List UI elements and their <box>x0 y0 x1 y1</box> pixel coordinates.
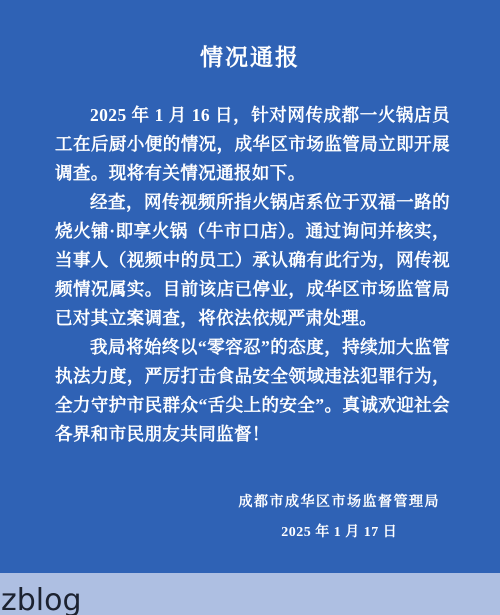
signature-block: 成都市成华区市场监督管理局 2025 年 1 月 17 日 <box>239 492 441 544</box>
notice-paragraph-3: 我局将始终以“零容忍”的态度，持续加大监管执法力度，严厉打击食品安全领域违法犯罪… <box>55 333 450 449</box>
watermark-bar: zblog <box>0 573 500 615</box>
notice-paragraph-2: 经查，网传视频所指火锅店系位于双福一路的烧火铺·即享火锅（牛市口店）。通过询问并… <box>55 188 450 333</box>
notice-title: 情况通报 <box>0 0 500 72</box>
signature-org: 成都市成华区市场监督管理局 <box>239 492 441 514</box>
notice-page: 情况通报 2025 年 1 月 16 日，针对网传成都一火锅店员工在后厨小便的情… <box>0 0 500 615</box>
notice-body: 2025 年 1 月 16 日，针对网传成都一火锅店员工在后厨小便的情况，成华区… <box>0 101 500 449</box>
notice-paragraph-1: 2025 年 1 月 16 日，针对网传成都一火锅店员工在后厨小便的情况，成华区… <box>55 101 450 188</box>
signature-date: 2025 年 1 月 17 日 <box>239 522 441 544</box>
watermark-label: zblog <box>1 585 500 615</box>
